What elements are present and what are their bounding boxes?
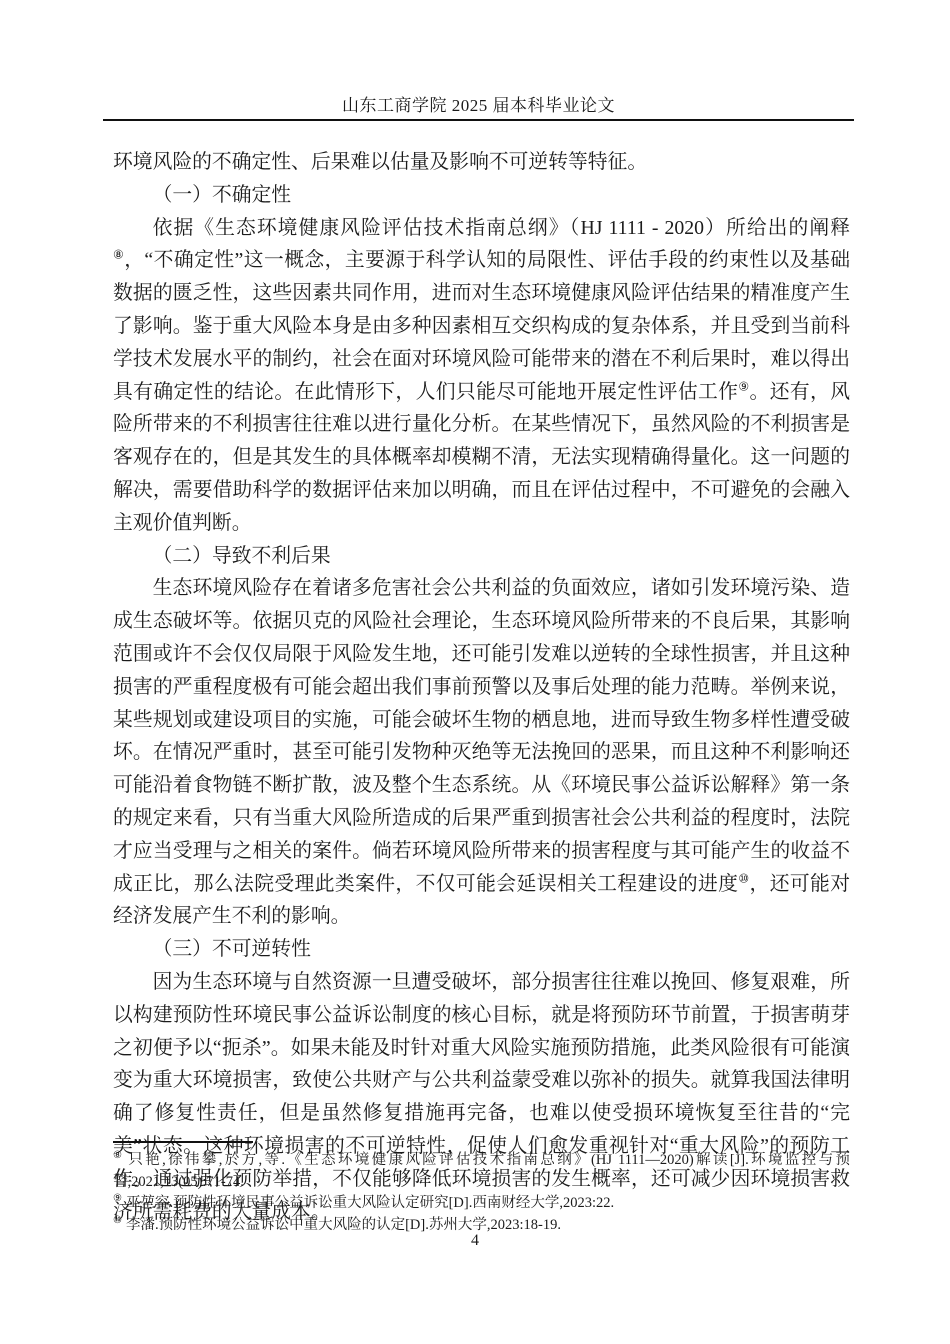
footnotes-area: ⑧只艳,徐伟攀,於方,等.《生态环境健康风险评估技术指南总纲》(HJ 1111—… [113, 1141, 850, 1236]
footnote-2: ⑨巫堃容.预防性环境民事公益诉讼重大风险认定研究[D].西南财经大学,2023:… [113, 1193, 850, 1215]
footnote-2-marker: ⑨ [113, 1193, 122, 1204]
section-heading-uncertainty: （一）不确定性 [113, 179, 850, 212]
paragraph-adverse-consequences: 生态环境风险存在着诸多危害社会公共利益的负面效应，诸如引发环境污染、造成生态破坏… [113, 572, 850, 933]
section-heading-adverse-consequences: （二）导致不利后果 [113, 540, 850, 573]
document-body: 环境风险的不确定性、后果难以估量及影响不可逆转等特征。 （一）不确定性 依据《生… [113, 146, 850, 1228]
footnote-2-text: 巫堃容.预防性环境民事公益诉讼重大风险认定研究[D].西南财经大学,2023:2… [126, 1195, 614, 1211]
section-heading-irreversibility: （三）不可逆转性 [113, 933, 850, 966]
footnote-3-marker: ⑩ [113, 1215, 122, 1226]
page-header: 山东工商学院 2025 届本科毕业论文 [103, 95, 854, 121]
footnote-separator-rule [113, 1141, 253, 1143]
page-number: 4 [0, 1231, 950, 1251]
footnote-1: ⑧只艳,徐伟攀,於方,等.《生态环境健康风险评估技术指南总纲》(HJ 1111—… [113, 1150, 850, 1193]
thesis-page: 山东工商学院 2025 届本科毕业论文 环境风险的不确定性、后果难以估量及影响不… [0, 0, 950, 1344]
footnote-1-marker: ⑧ [113, 1150, 124, 1161]
paragraph-uncertainty: 依据《生态环境健康风险评估技术指南总纲》（HJ 1111 - 2020）所给出的… [113, 212, 850, 540]
running-head-title: 山东工商学院 2025 届本科毕业论文 [342, 96, 615, 115]
paragraph-continuation: 环境风险的不确定性、后果难以估量及影响不可逆转等特征。 [113, 146, 850, 179]
footnote-1-text: 只艳,徐伟攀,於方,等.《生态环境健康风险评估技术指南总纲》(HJ 1111—2… [113, 1152, 850, 1190]
